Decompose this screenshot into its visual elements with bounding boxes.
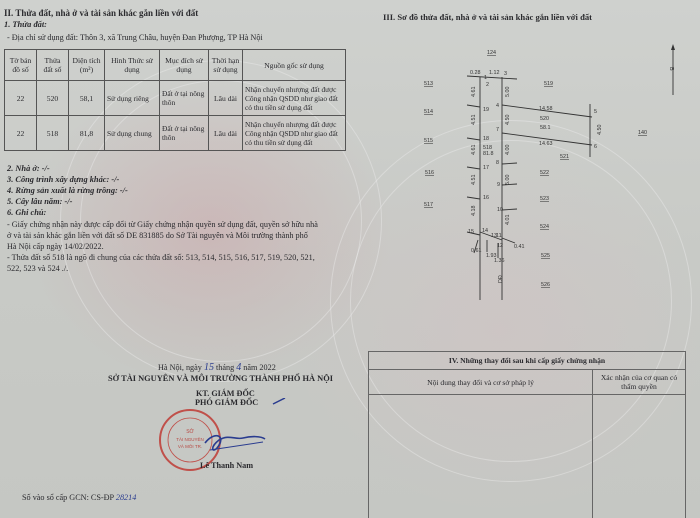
svg-text:0.61: 0.61 (471, 248, 482, 254)
svg-text:17: 17 (483, 165, 489, 171)
svg-text:4.61: 4.61 (471, 145, 477, 156)
svg-text:0.41: 0.41 (514, 244, 525, 250)
svg-text:19: 19 (483, 107, 489, 113)
changes-cell (369, 395, 593, 518)
section-4-title: IV. Những thay đổi sau khi cấp giấy chứn… (369, 352, 686, 370)
svg-text:10: 10 (497, 207, 503, 213)
svg-text:523: 523 (540, 196, 549, 202)
svg-text:4.61: 4.61 (471, 87, 477, 98)
svg-text:1.12: 1.12 (489, 70, 500, 76)
svg-text:16: 16 (483, 195, 489, 201)
svg-text:516: 516 (425, 170, 434, 176)
svg-text:0.28: 0.28 (470, 70, 481, 76)
confirmation-cell (593, 395, 686, 518)
svg-text:6: 6 (594, 144, 597, 150)
svg-text:4.51: 4.51 (471, 115, 477, 126)
svg-text:DĐ: DĐ (498, 275, 504, 283)
svg-text:524: 524 (540, 224, 549, 230)
svg-text:517: 517 (424, 202, 433, 208)
svg-text:4.01: 4.01 (505, 215, 511, 226)
svg-text:14.58: 14.58 (539, 106, 553, 112)
svg-text:14: 14 (482, 228, 488, 234)
svg-text:4.18: 4.18 (471, 206, 477, 217)
svg-text:1.36: 1.36 (494, 258, 505, 264)
svg-text:140: 140 (638, 130, 647, 136)
svg-text:521: 521 (560, 154, 569, 160)
svg-text:4.50: 4.50 (597, 125, 603, 136)
svg-text:12: 12 (497, 243, 503, 249)
svg-text:15: 15 (468, 229, 474, 235)
svg-text:515: 515 (424, 138, 433, 144)
svg-text:5.00: 5.00 (505, 87, 511, 98)
svg-text:514: 514 (424, 109, 433, 115)
svg-text:4: 4 (496, 103, 499, 109)
svg-text:3: 3 (504, 71, 507, 77)
svg-text:81.8: 81.8 (483, 151, 494, 157)
svg-text:8: 8 (496, 160, 499, 166)
svg-text:513: 513 (424, 81, 433, 87)
svg-text:58.1: 58.1 (540, 125, 551, 131)
svg-text:5: 5 (594, 109, 597, 115)
svg-text:2: 2 (486, 82, 489, 88)
svg-text:4.51: 4.51 (471, 175, 477, 186)
svg-text:14.63: 14.63 (539, 141, 553, 147)
svg-text:18: 18 (483, 136, 489, 142)
svg-text:4.50: 4.50 (505, 115, 511, 126)
col-changes: Nội dung thay đổi và cơ sở pháp lý (369, 370, 593, 395)
svg-text:4.00: 4.00 (505, 145, 511, 156)
svg-text:5.00: 5.00 (505, 175, 511, 186)
svg-text:9: 9 (497, 182, 500, 188)
svg-text:B: B (668, 67, 674, 71)
svg-text:124: 124 (487, 50, 496, 56)
col-confirmation: Xác nhận của cơ quan có thẩm quyền (593, 370, 686, 395)
svg-text:526: 526 (541, 282, 550, 288)
svg-text:520: 520 (540, 116, 549, 122)
svg-text:525: 525 (541, 253, 550, 259)
changes-table: IV. Những thay đổi sau khi cấp giấy chứn… (368, 351, 686, 518)
svg-text:522: 522 (540, 170, 549, 176)
svg-text:7: 7 (496, 127, 499, 133)
svg-text:13: 13 (491, 233, 497, 239)
svg-text:1: 1 (484, 75, 487, 81)
svg-text:519: 519 (544, 81, 553, 87)
